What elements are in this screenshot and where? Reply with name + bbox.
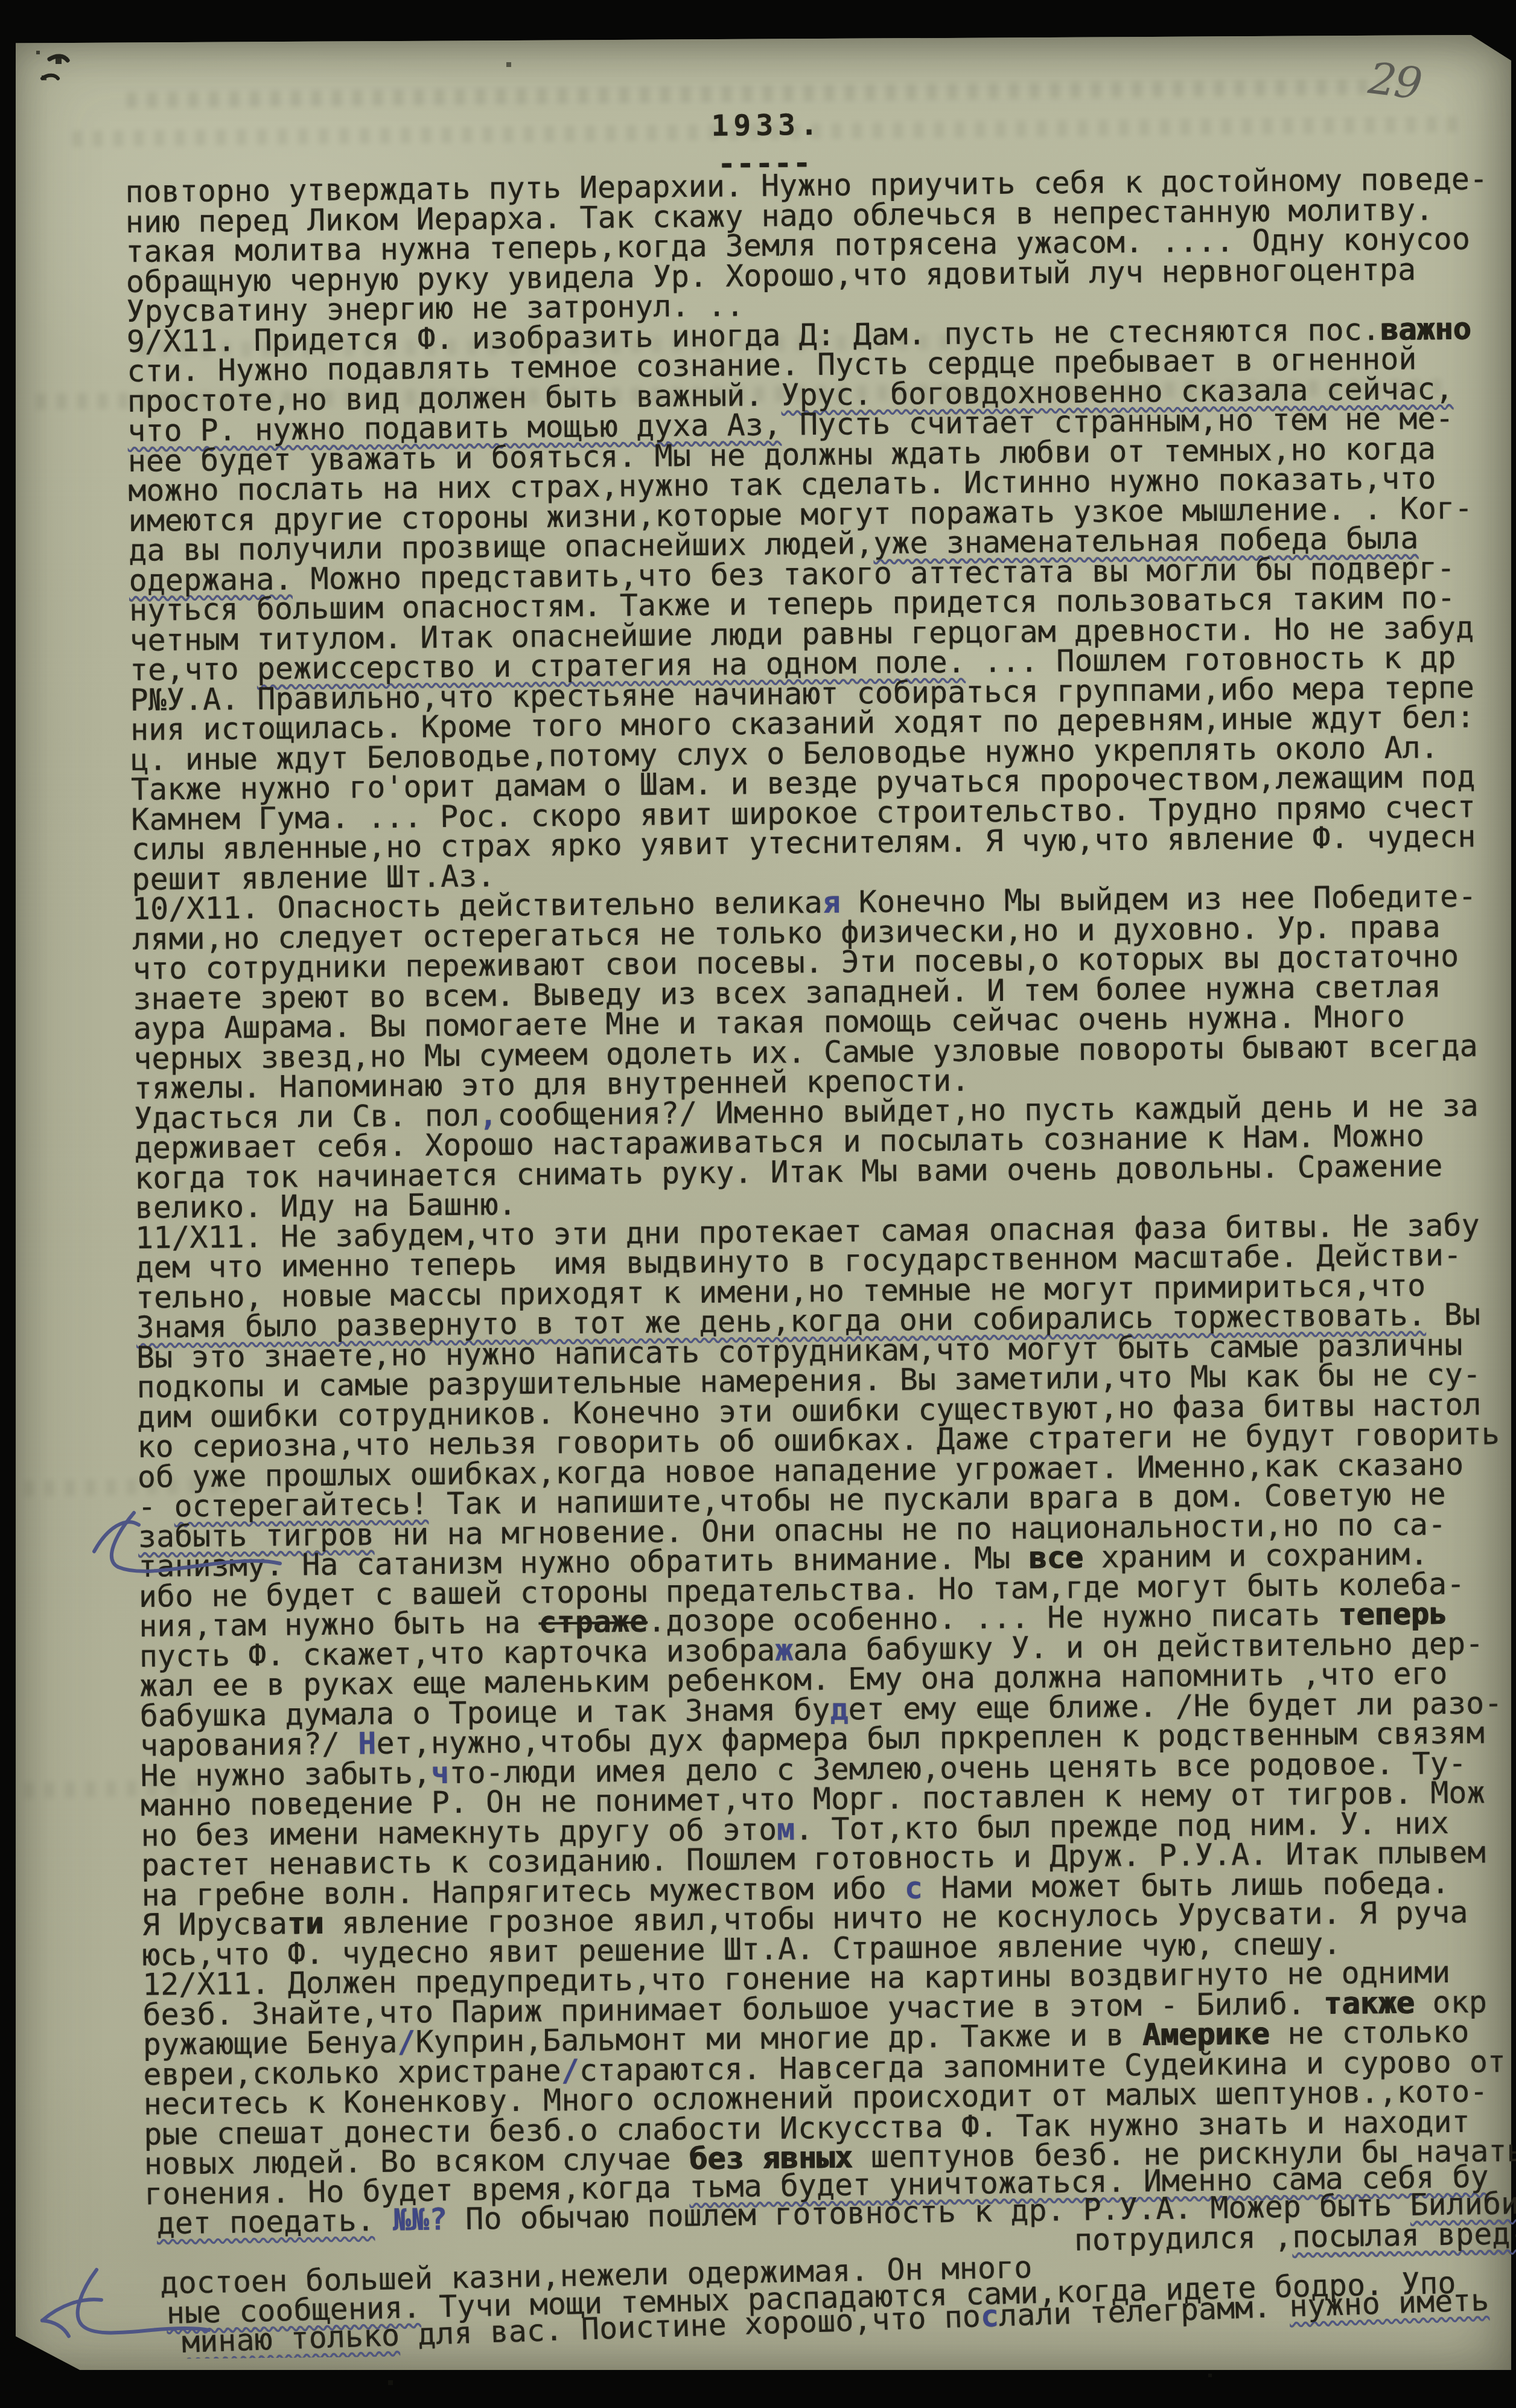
typed-content: 1933. ----- повторно утверждать путь Иер… bbox=[124, 23, 1516, 2390]
typed-lines-block: повторно утверждать путь Иерархии. Нужно… bbox=[125, 164, 1516, 2358]
paper-speckles bbox=[0, 0, 1, 1]
scanned-document: { "document": { "scan_background": "#070… bbox=[0, 0, 1516, 2408]
year-heading: 1933. bbox=[711, 108, 823, 143]
